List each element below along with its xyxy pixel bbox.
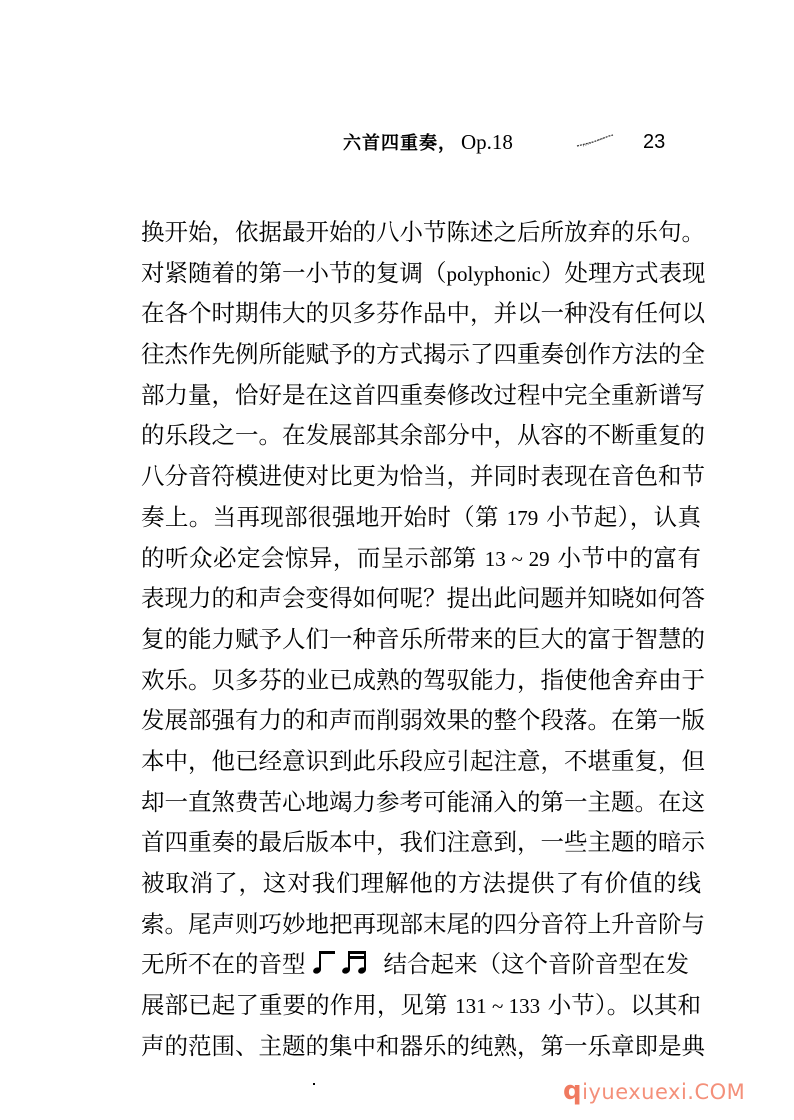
text-line: 声的范围、主题的集中和器乐的纯熟，第一乐章即是典 xyxy=(141,1026,701,1067)
text-line: 展部已起了重要的作用，见第 131 ~ 133 小节）。以其和 xyxy=(141,985,701,1026)
book-title: 六首四重奏， xyxy=(343,129,457,155)
music-notation-icon xyxy=(312,949,370,975)
text-line: 八分音符模进使对比更为恰当，并同时表现在音色和节 xyxy=(141,456,701,497)
running-header: 六首四重奏， Op.18 23 xyxy=(343,128,673,156)
watermark-text: iyuexuexi.COM xyxy=(582,1080,745,1104)
text-line: 本中，他已经意识到此乐段应引起注意，不堪重复，但 xyxy=(141,741,701,782)
text-line: 往杰作先例所能赋予的方式揭示了四重奏创作方法的全 xyxy=(141,334,701,375)
text-line: 复的能力赋予人们一种音乐所带来的巨大的富于智慧的 xyxy=(141,619,701,660)
text-line: 却一直煞费苦心地竭力参考可能涌入的第一主题。在这 xyxy=(141,782,701,823)
text-line: 无所不在的音型 结合起来（这个音阶音型在发 xyxy=(141,944,701,985)
text-line: 发展部强有力的和声而削弱效果的整个段落。在第一版 xyxy=(141,700,701,741)
text-line: 欢乐。贝多芬的业已成熟的驾驭能力，指使他舍弃由于 xyxy=(141,660,701,701)
text-line: 索。尾声则巧妙地把再现部末尾的四分音符上升音阶与 xyxy=(141,904,701,945)
page-number: 23 xyxy=(643,128,665,156)
watermark-logo: q xyxy=(563,1076,582,1106)
scan-artifact xyxy=(313,1083,315,1085)
text-line: 奏上。当再现部很强地开始时（第 179 小节起），认真 xyxy=(141,497,701,538)
text-line: 部力量，恰好是在这首四重奏修改过程中完全重新谱写 xyxy=(141,375,701,416)
decorative-flourish-icon xyxy=(575,134,615,148)
text-line: 在各个时期伟大的贝多芬作品中，并以一种没有任何以 xyxy=(141,293,701,334)
text-line: 的听众必定会惊异，而呈示部第 13 ~ 29 小节中的富有 xyxy=(141,538,701,579)
text-line: 换开始，依据最开始的八小节陈述之后所放弃的乐句。 xyxy=(141,212,701,253)
watermark: qiyuexuexi.COM xyxy=(563,1076,745,1106)
text-line: 表现力的和声会变得如何呢？提出此问题并知晓如何答 xyxy=(141,578,701,619)
text-line: 首四重奏的最后版本中，我们注意到，一些主题的暗示 xyxy=(141,822,701,863)
text-line: 的乐段之一。在发展部其余部分中，从容的不断重复的 xyxy=(141,415,701,456)
text-line: 被取消了，这对我们理解他的方法提供了有价值的线 xyxy=(141,863,701,904)
body-paragraph: 换开始，依据最开始的八小节陈述之后所放弃的乐句。 对紧随着的第一小节的复调（po… xyxy=(141,212,701,1066)
opus-number: Op.18 xyxy=(461,130,513,155)
text-line: 对紧随着的第一小节的复调（polyphonic）处理方式表现 xyxy=(141,253,701,294)
